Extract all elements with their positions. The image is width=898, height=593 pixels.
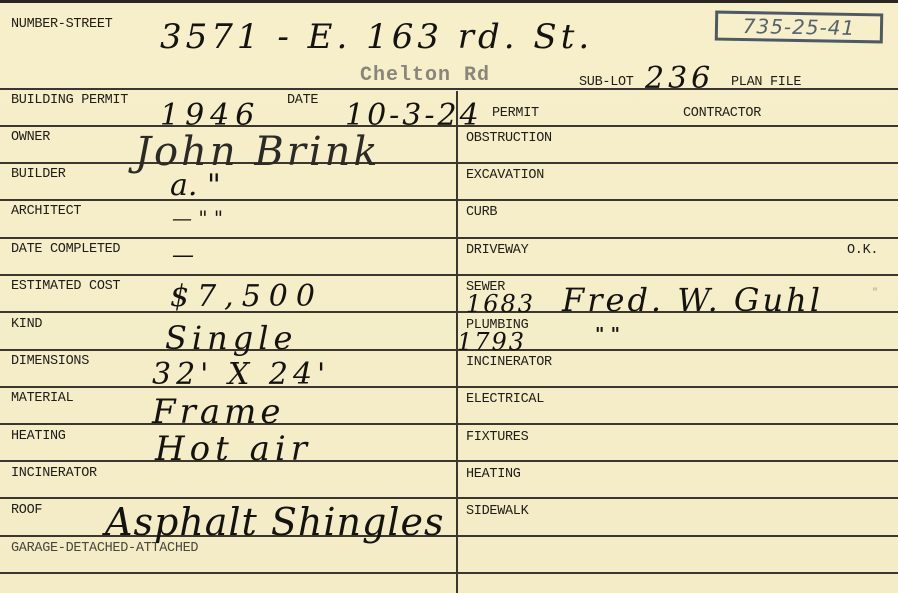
- rule-line: [0, 199, 898, 201]
- permit-label-excavation: EXCAVATION: [466, 168, 544, 183]
- dimensions-value: 32' X 24': [152, 357, 330, 392]
- field-label-architect: ARCHITECT: [11, 204, 81, 219]
- builder-value: a. ": [170, 168, 221, 203]
- date-completed-value: —: [172, 243, 194, 268]
- field-label-estimated-cost: ESTIMATED COST: [11, 279, 120, 294]
- estimated-cost-value: $7,500: [170, 279, 323, 314]
- number-street-value: 3571 - E. 163 rd. St.: [160, 17, 593, 57]
- rule-line: [0, 497, 898, 499]
- field-label-incinerator: INCINERATOR: [11, 466, 97, 481]
- rule-line: [0, 460, 898, 462]
- heating-value: Hot air: [155, 429, 312, 469]
- field-label-heating: HEATING: [11, 429, 66, 444]
- permit-label-sidewalk: SIDEWALK: [466, 504, 528, 519]
- driveway-note: O.K.: [847, 243, 878, 258]
- kind-value: Single: [165, 319, 297, 357]
- permit-label-heating: HEATING: [466, 467, 521, 482]
- sewer-permit-number: 1683: [466, 290, 535, 318]
- sub-lot-label: SUB-LOT: [579, 75, 634, 90]
- material-value: Frame: [152, 392, 284, 432]
- field-label-kind: KIND: [11, 317, 42, 332]
- rule-line: [0, 237, 898, 239]
- street-stamp: Chelton Rd: [360, 64, 490, 87]
- permit-date-value: 10-3-24: [345, 98, 482, 133]
- permit-label-electrical: ELECTRICAL: [466, 392, 544, 407]
- sewer-note: ": [872, 288, 878, 299]
- sub-lot-value: 236: [645, 61, 714, 96]
- plan-file-label: PLAN FILE: [731, 75, 801, 90]
- field-label-date-completed: DATE COMPLETED: [11, 242, 120, 257]
- file-number: 735-25-41: [743, 14, 856, 40]
- date-label: DATE: [287, 93, 318, 108]
- building-permit-value: 1946: [160, 98, 260, 133]
- field-label-roof: ROOF: [11, 503, 42, 518]
- rule-line: [0, 423, 898, 425]
- permit-card: NUMBER-STREET 3571 - E. 163 rd. St. 735-…: [0, 0, 898, 593]
- permit-column-header: PERMIT: [492, 106, 539, 121]
- plumbing-contractor: " ": [595, 324, 620, 345]
- permit-label-obstruction: OBSTRUCTION: [466, 131, 552, 146]
- architect-value: — " ": [172, 206, 223, 230]
- field-label-dimensions: DIMENSIONS: [11, 354, 89, 369]
- field-label-building-permit: BUILDING PERMIT: [11, 93, 128, 108]
- field-label-builder: BUILDER: [11, 167, 66, 182]
- number-street-label: NUMBER-STREET: [11, 17, 112, 32]
- rule-line: [0, 274, 898, 276]
- rule-line: [0, 386, 898, 388]
- permit-label-incinerator: INCINERATOR: [466, 355, 552, 370]
- permit-label-driveway: DRIVEWAY: [466, 243, 528, 258]
- sewer-contractor: Fred. W. Guhl: [562, 281, 823, 319]
- plumbing-permit-number: 1793: [457, 328, 526, 356]
- contractor-column-header: CONTRACTOR: [683, 106, 761, 121]
- rule-line: [0, 349, 898, 351]
- rule-line: [0, 572, 898, 574]
- roof-value: Asphalt Shingles: [105, 500, 445, 544]
- field-label-owner: OWNER: [11, 130, 50, 145]
- permit-label-fixtures: FIXTURES: [466, 430, 528, 445]
- field-label-material: MATERIAL: [11, 391, 73, 406]
- file-number-box: 735-25-41: [715, 11, 883, 44]
- permit-label-curb: CURB: [466, 205, 497, 220]
